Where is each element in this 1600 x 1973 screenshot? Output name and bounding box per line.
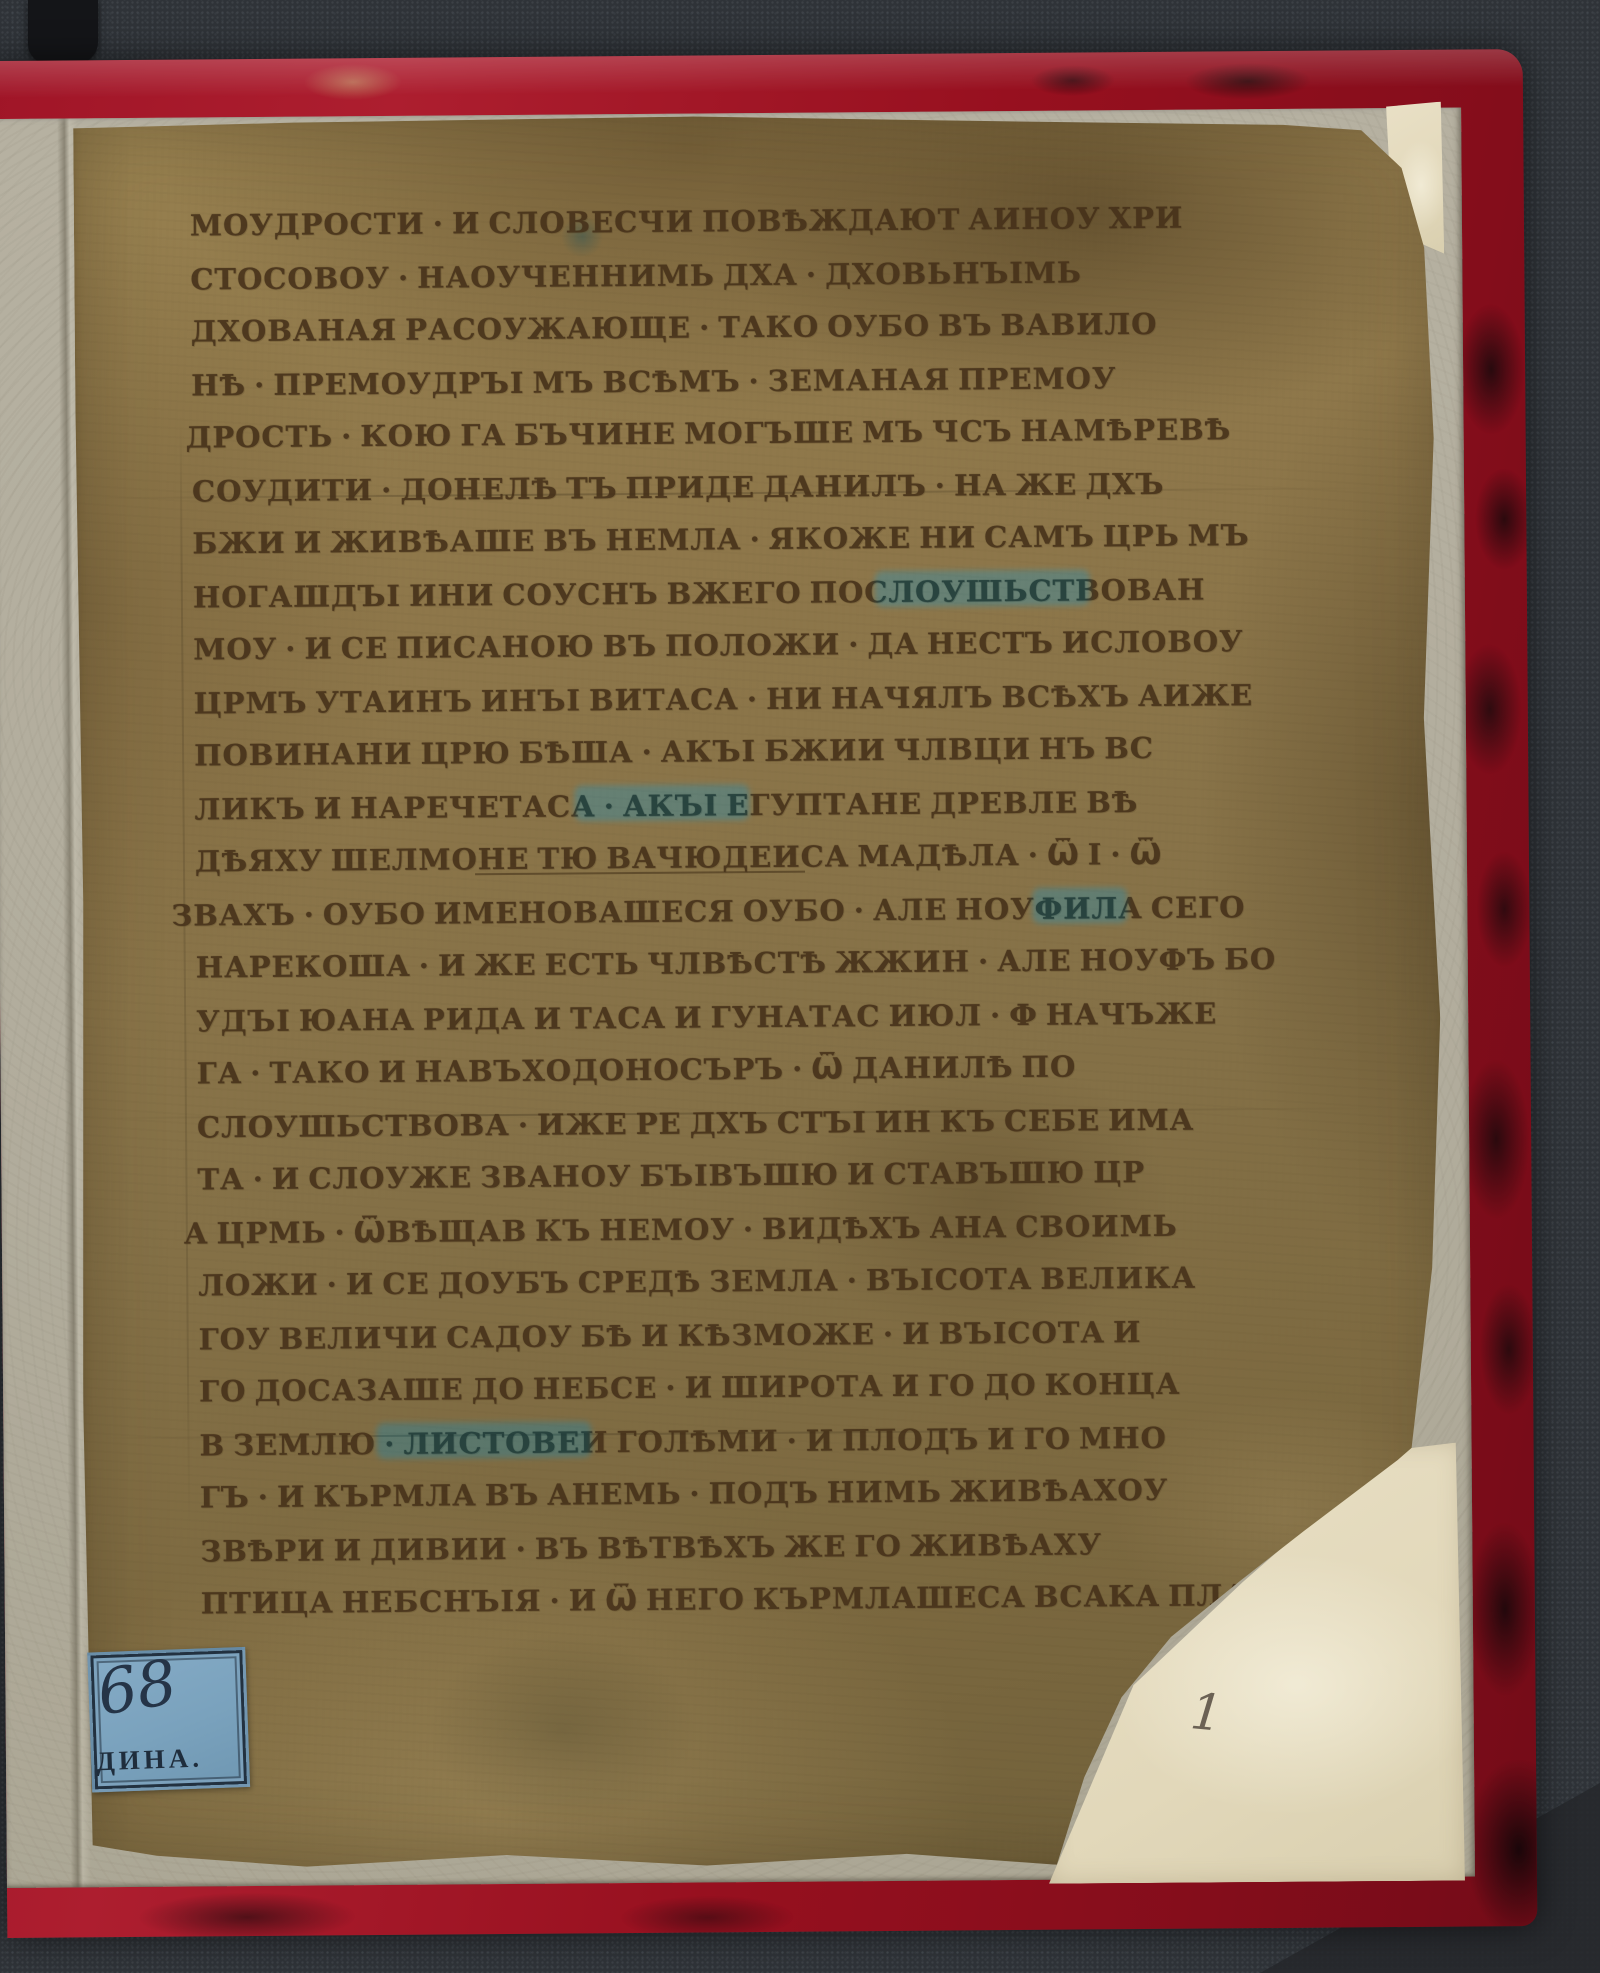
strap-shadow <box>28 0 98 64</box>
shelfmark-number: 68 <box>93 1650 181 1726</box>
manuscript-line: МОУДРОСТИ · И СЛОВЕСЧИ ПОВѢЖДАЮТ АИНОУ Х… <box>190 190 1340 252</box>
shelfmark-text: ДИНА. <box>96 1743 204 1778</box>
ink-tint <box>376 1421 591 1459</box>
shelfmark-label: 68 ДИНА. <box>87 1647 250 1793</box>
manuscript-line: ПТИЦА НЕБСНЪІЯ · И Ѿ НЕГО КЪРМЛАШЕСА ВСА… <box>201 1568 1351 1630</box>
manuscript-line: ГА · ТАКО И НАВЪХОДОНОСЪРЪ · Ѿ ДАНИЛѢ ПО <box>196 1038 1346 1100</box>
manuscript-line: ДѢЯХУ ШЕЛМОНЕ ТЮ ВАЧЮДЕИСА МАДѢЛА · Ѿ І … <box>195 826 1345 888</box>
manuscript-line: ТА · И СЛОУЖЕ ЗВАНОУ БЪІВЪШЮ И СТАВЪШЮ Ц… <box>197 1144 1347 1206</box>
ink-tint <box>1032 887 1127 924</box>
manuscript-line: ЛОЖИ · И СЕ ДОУБЪ СРЕДѢ ЗЕМЛА · ВЪІСОТА … <box>198 1250 1348 1312</box>
manuscript-line: НАРЕКОША · И ЖЕ ЕСТЬ ЧЛВѢСТѢ ЖЖИН · АЛЕ … <box>196 932 1346 994</box>
photo-background: МОУДРОСТИ · И СЛОВЕСЧИ ПОВѢЖДАЮТ АИНОУ Х… <box>0 0 1600 1973</box>
manuscript-line: МОУ · И СЕ ПИСАНОЮ ВЪ ПОЛОЖИ · ДА НЕСТЪ … <box>193 614 1343 676</box>
ink-tint <box>574 784 749 821</box>
book-cover: МОУДРОСТИ · И СЛОВЕСЧИ ПОВѢЖДАЮТ АИНОУ Х… <box>0 49 1537 1938</box>
manuscript-line: ДХОВАНАЯ РАСОУЖАЮЩЕ · ТАКО ОУБО ВЪ ВАВИЛ… <box>191 296 1341 358</box>
folio-number: 1 <box>1188 1682 1225 1743</box>
manuscript-line: ГЪ · И КЪРМЛА ВЪ АНЕМЬ · ПОДЪ НИМЬ ЖИВѢА… <box>200 1462 1350 1524</box>
text-block: МОУДРОСТИ · И СЛОВЕСЧИ ПОВѢЖДАЮТ АИНОУ Х… <box>190 190 1351 1630</box>
manuscript-line: ДРОСТЬ · КОЮ ГА БЪЧИНЕ МОГЪШЕ МЪ ЧСЪ НАМ… <box>185 402 1341 464</box>
manuscript-line: БЖИ И ЖИВѢАШЕ ВЪ НЕМЛА · ЯКОЖЕ НИ САМЪ Ц… <box>192 508 1342 570</box>
ink-tint <box>875 569 1090 607</box>
manuscript-line: ПОВИНАНИ ЦРЮ БѢША · АКЪІ БЖИИ ЧЛВЦИ НЪ В… <box>194 720 1344 782</box>
manuscript-line: ГО ДОСАЗАШЕ ДО НЕБСЕ · И ШИРОТА И ГО ДО … <box>199 1356 1349 1418</box>
